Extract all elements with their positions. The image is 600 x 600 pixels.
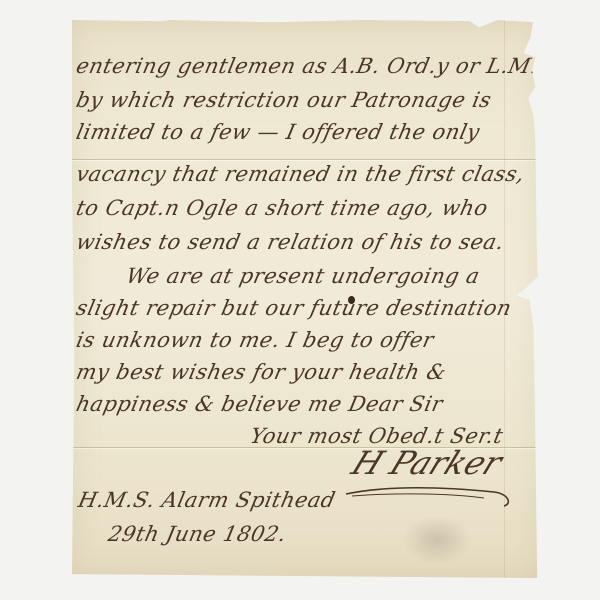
letter-line: is unknown to me. I beg to offer (74, 328, 436, 352)
letter-line: by which restriction our Patronage is (74, 88, 494, 112)
fold-line-top (72, 159, 540, 160)
letter-line: slight repair but our future destination (74, 296, 514, 320)
letter-line: wishes to send a relation of his to sea. (74, 230, 506, 254)
date-line: 29th June 1802. (106, 522, 289, 546)
signature-flourish (344, 482, 514, 508)
letter-line: vacancy that remained in the first class… (74, 162, 527, 186)
fingerprint-smudge (402, 515, 472, 565)
letter-paper: entering gentlemen as A.B. Ord.y or L.M.… (72, 20, 540, 578)
letter-line: my best wishes for your health & (74, 360, 449, 384)
letter-line: to Capt.n Ogle a short time ago, who (74, 196, 490, 220)
letter-line: We are at present undergoing a (124, 264, 482, 288)
letter-line: limited to a few — I offered the only (74, 120, 482, 144)
letter-line: entering gentlemen as A.B. Ord.y or L.M. (74, 54, 541, 78)
place-line: H.M.S. Alarm Spithead (76, 488, 338, 512)
signature: H Parker (346, 444, 508, 482)
letter-line: happiness & believe me Dear Sir (74, 392, 445, 416)
